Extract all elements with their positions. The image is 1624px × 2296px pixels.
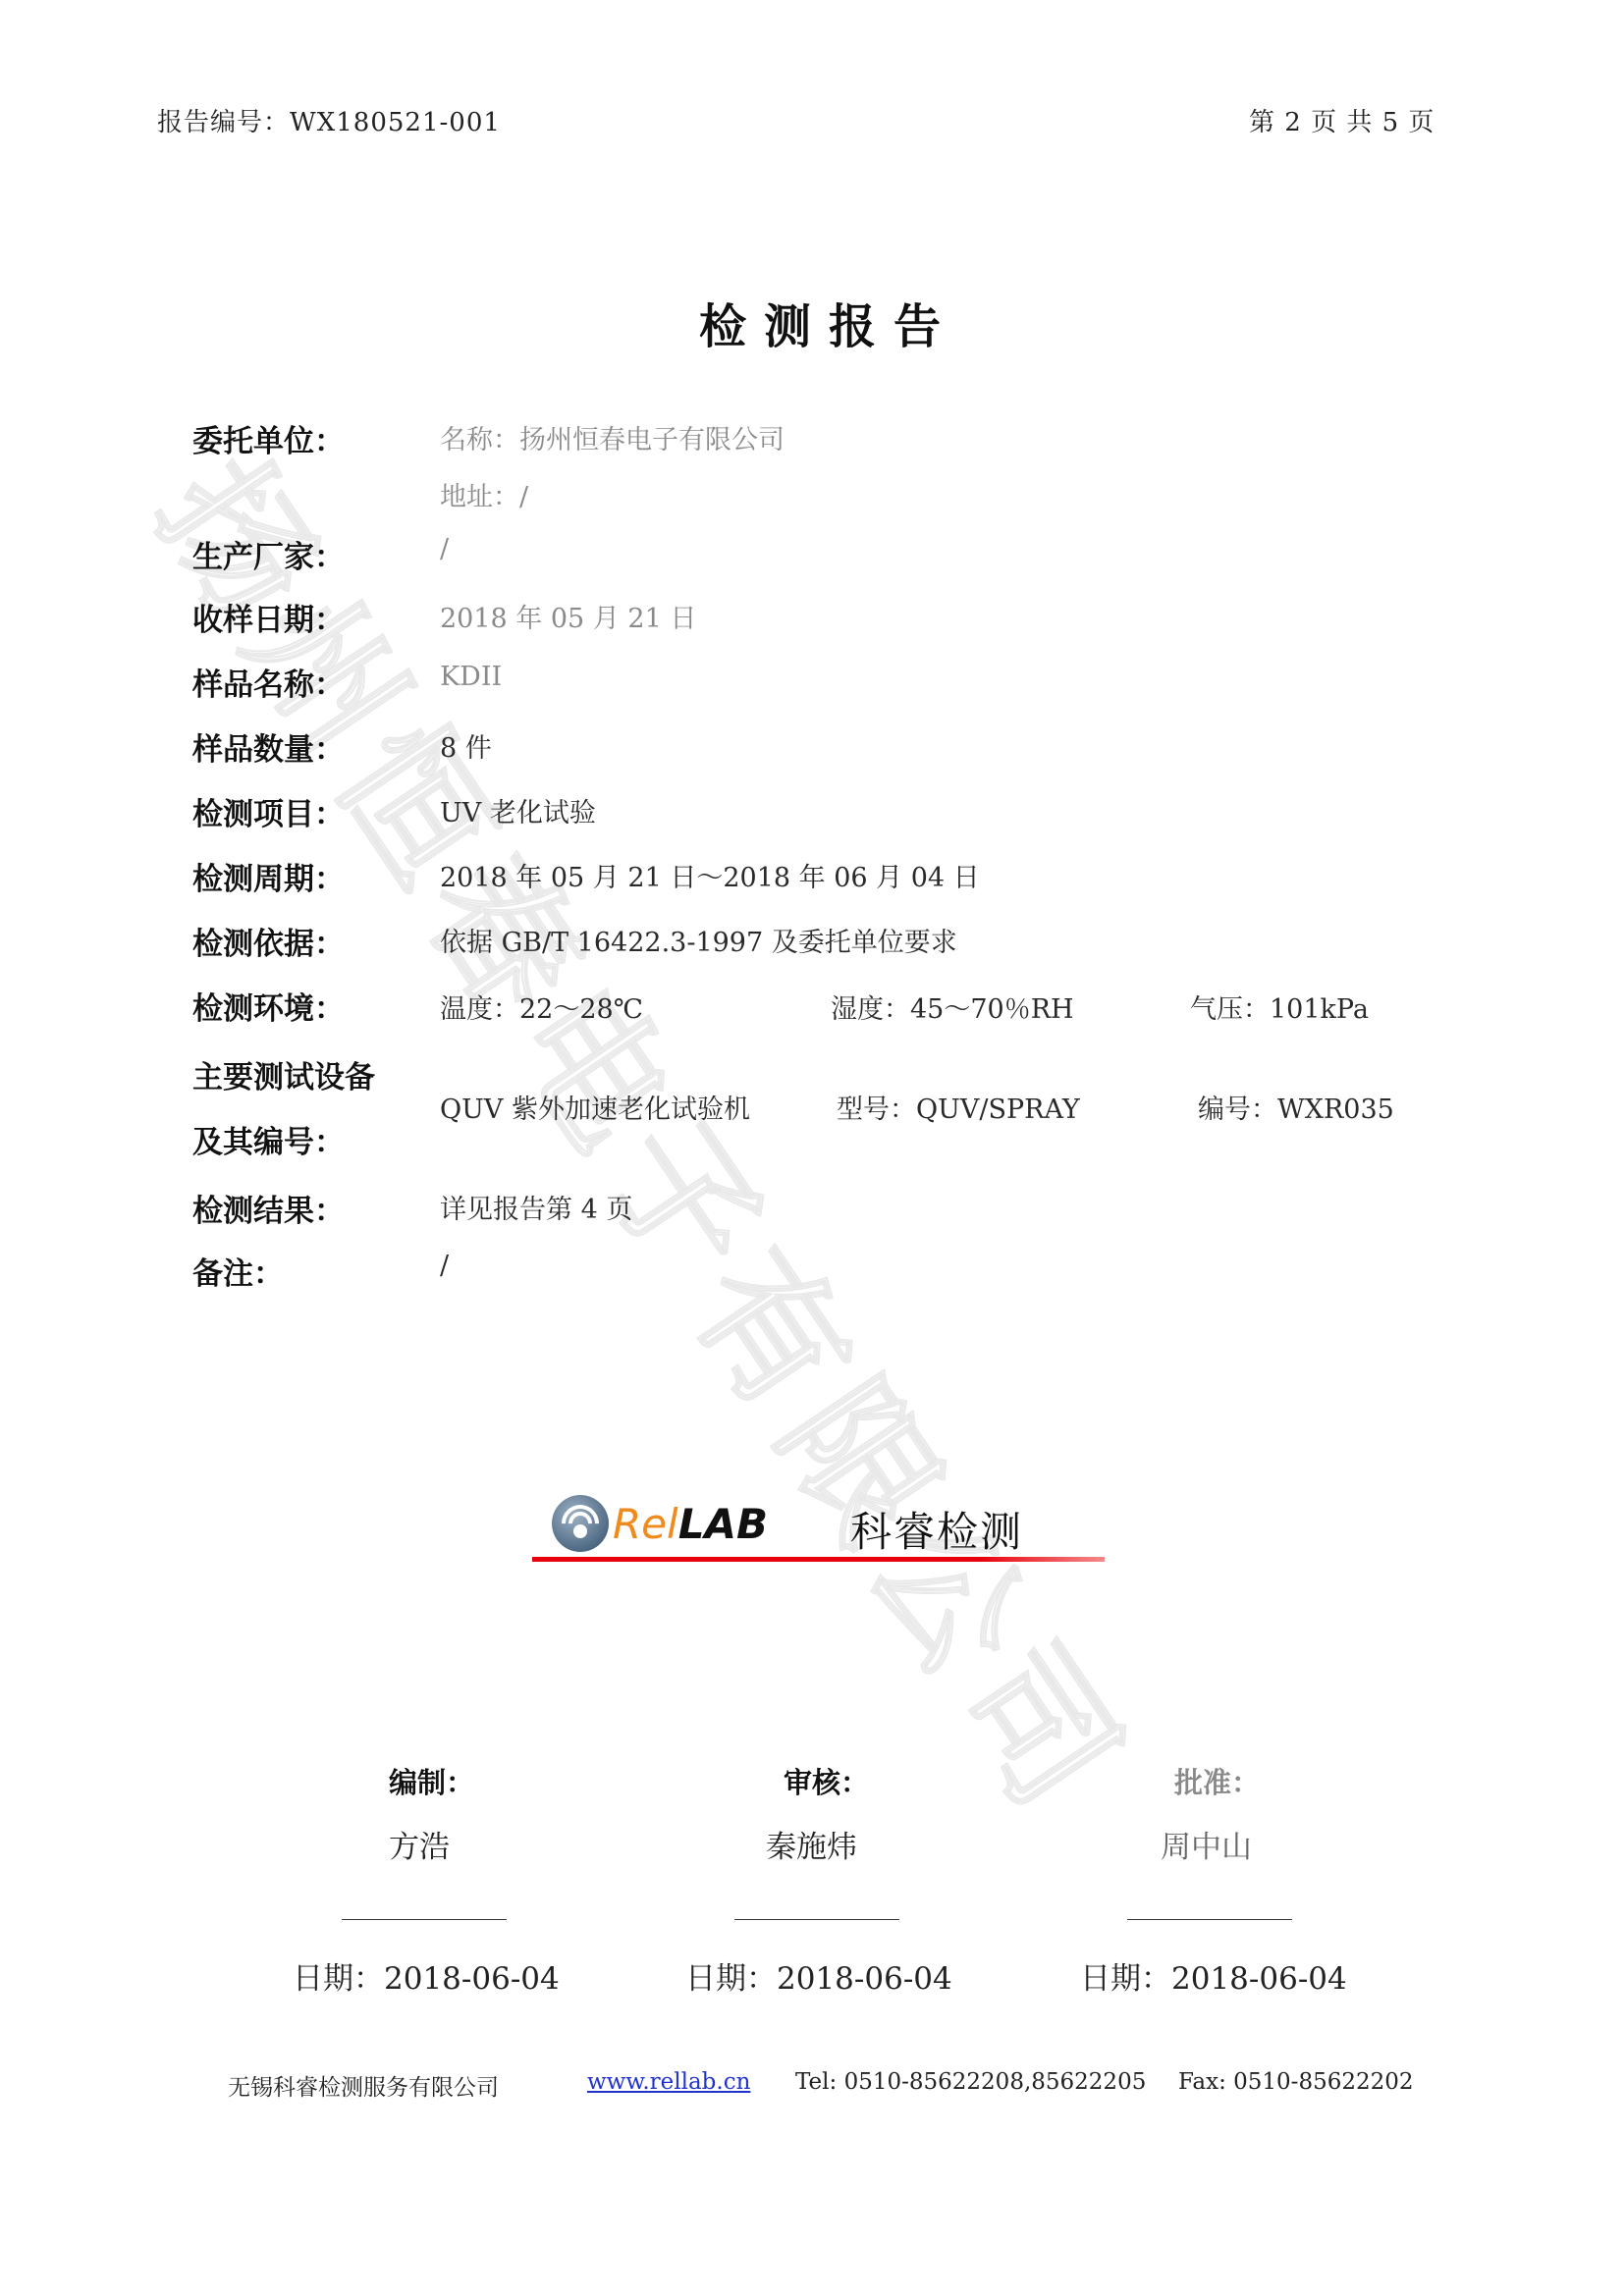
report-number-value: WX180521-001 [290, 108, 501, 137]
rellab-logo: RelLAB [552, 1494, 768, 1553]
remarks-label: 备注： [192, 1249, 284, 1293]
equipment-serial: 编号：WXR035 [1198, 1088, 1394, 1126]
signature-role-approved: 批准： [1174, 1761, 1260, 1801]
sample-name-label: 样品名称： [192, 660, 345, 704]
equipment-label-line1: 主要测试设备 [192, 1052, 375, 1096]
footer-fax: Fax: 0510-85622202 [1178, 2069, 1414, 2095]
page-title: 检测报告 [699, 289, 958, 356]
report-number: 报告编号：WX180521-001 [157, 102, 501, 138]
signature-name-compiled: 方浩 [389, 1822, 450, 1866]
signature-name-reviewed: 秦施炜 [766, 1822, 857, 1866]
logo-lab-text: LAB [678, 1500, 768, 1548]
environment-label: 检测环境： [192, 984, 345, 1028]
sample-qty-label: 样品数量： [192, 724, 345, 769]
client-label: 委托单位： [192, 416, 345, 460]
signature-role-compiled: 编制： [389, 1761, 474, 1801]
footer-company: 无锡科睿检测服务有限公司 [228, 2069, 499, 2102]
test-basis-label: 检测依据： [192, 919, 345, 963]
sample-qty-value: 8 件 [440, 726, 492, 765]
signature-date-approved: 日期：2018-06-04 [1080, 1953, 1347, 1998]
environment-humidity: 湿度：45～70％RH [831, 988, 1074, 1026]
receive-date-label: 收样日期： [192, 595, 345, 639]
environment-pressure: 气压：101kPa [1190, 988, 1369, 1026]
client-name-text: 名称：扬州恒春电子有限公司 [440, 425, 785, 455]
test-period-label: 检测周期： [192, 854, 345, 898]
equipment-model: 型号：QUV/SPRAY [837, 1088, 1080, 1126]
signature-line-compiled [342, 1919, 507, 1920]
client-name: 名称：扬州恒春电子有限公司 [440, 418, 785, 456]
signature-date-reviewed: 日期：2018-06-04 [685, 1953, 952, 1998]
equipment-name: QUV 紫外加速老化试验机 [440, 1088, 750, 1126]
footer-tel: Tel: 0510-85622208,85622205 [795, 2069, 1146, 2095]
test-basis-value: 依据 GB/T 16422.3-1997 及委托单位要求 [440, 921, 957, 959]
test-item-label: 检测项目： [192, 789, 345, 833]
footer-website[interactable]: www.rellab.cn [587, 2069, 750, 2095]
signature-line-reviewed [734, 1919, 899, 1920]
sample-name-value: KDII [440, 662, 502, 692]
receive-date-value: 2018 年 05 月 21 日 [440, 597, 696, 635]
logo-red-underline [532, 1557, 1105, 1562]
client-address: 地址：/ [440, 475, 528, 513]
remarks-value: / [440, 1251, 449, 1281]
website-link[interactable]: www.rellab.cn [587, 2069, 750, 2095]
manufacturer-value: / [440, 534, 449, 564]
environment-temperature: 温度：22～28℃ [440, 988, 643, 1026]
signature-date-compiled: 日期：2018-06-04 [293, 1953, 560, 1998]
page-info: 第 2 页 共 5 页 [1249, 102, 1435, 138]
signature-name-approved: 周中山 [1161, 1822, 1252, 1866]
rellab-signal-icon [552, 1495, 609, 1552]
signature-line-approved [1127, 1919, 1292, 1920]
rellab-wordmark: RelLAB [613, 1500, 768, 1548]
report-number-label: 报告编号： [157, 108, 290, 137]
signature-role-reviewed: 审核： [784, 1761, 869, 1801]
logo-rel-text: Rel [613, 1500, 678, 1548]
equipment-label-line2: 及其编号： [192, 1117, 345, 1161]
result-label: 检测结果： [192, 1186, 345, 1230]
test-item-value: UV 老化试验 [440, 791, 596, 829]
manufacturer-label: 生产厂家： [192, 532, 345, 576]
test-period-value: 2018 年 05 月 21 日～2018 年 06 月 04 日 [440, 856, 980, 894]
logo-chinese-name: 科睿检测 [850, 1500, 1023, 1559]
result-value: 详见报告第 4 页 [440, 1188, 632, 1226]
